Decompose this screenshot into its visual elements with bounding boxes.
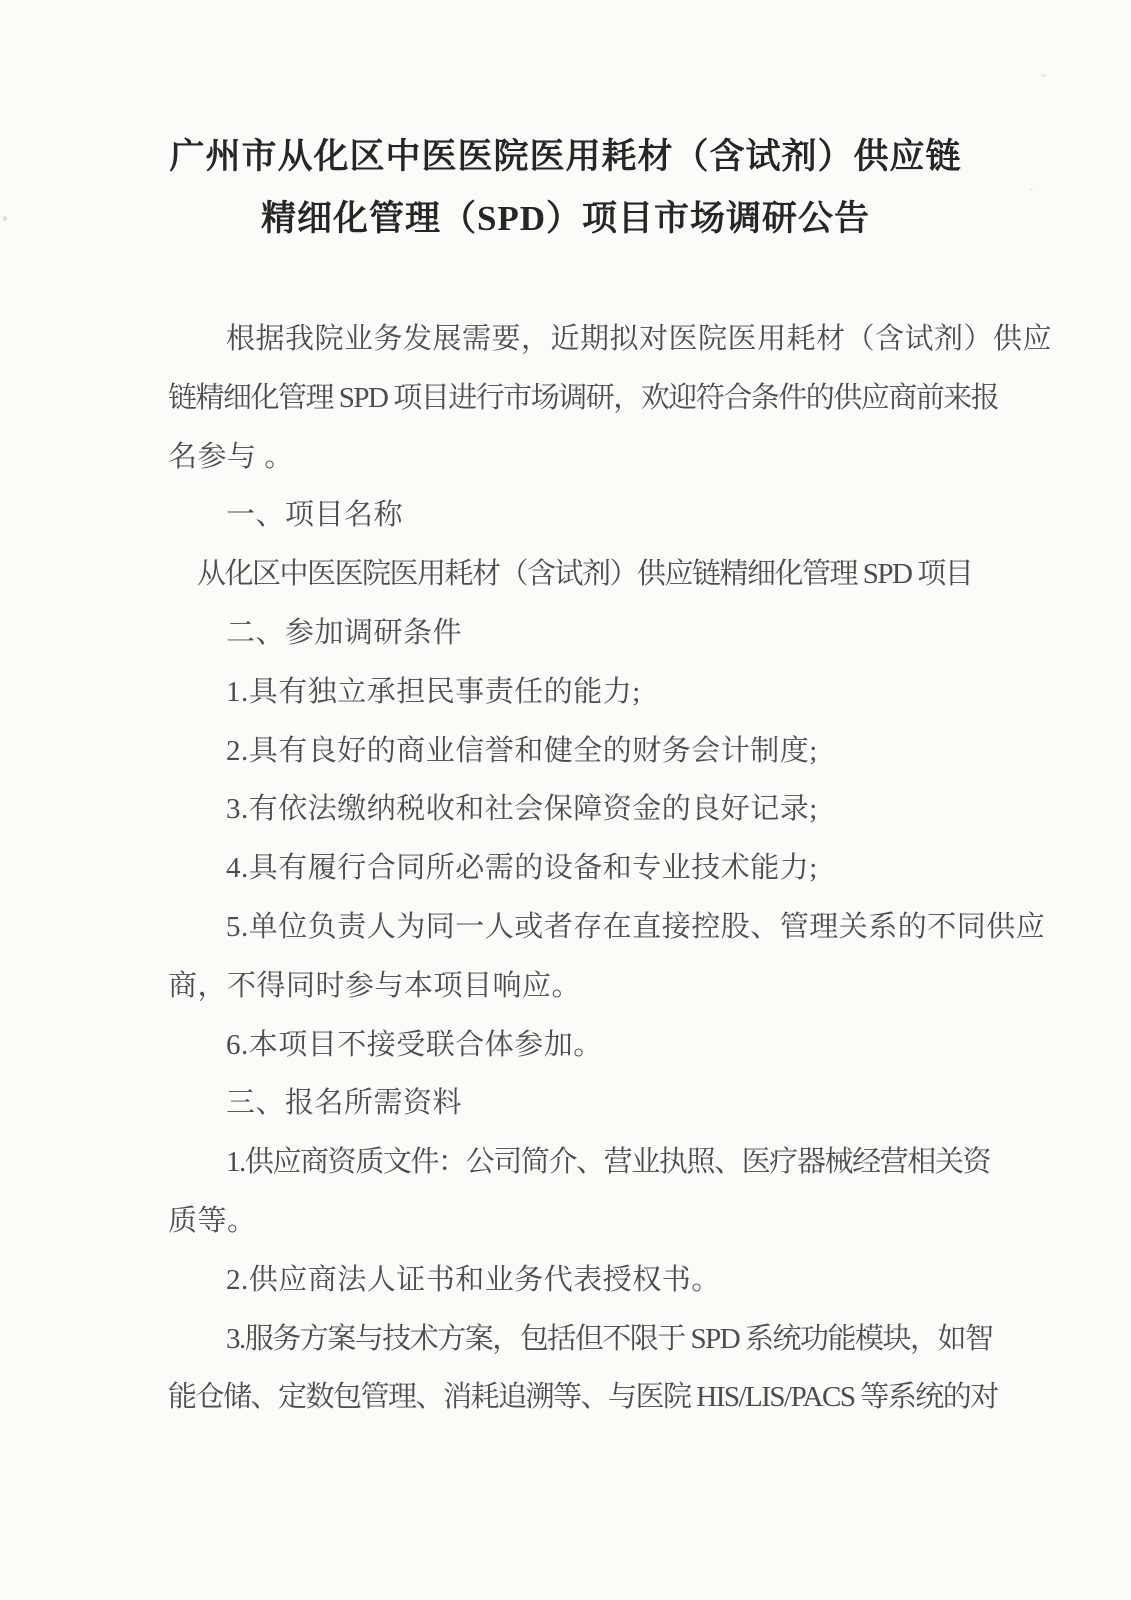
document-body: 根据我院业务发展需要，近期拟对医院医用耗材（含试剂）供应链精细化管理 SPD 项… [168, 310, 990, 1427]
document-line: 三、报名所需资料 [168, 1074, 990, 1133]
document-line: 能仓储、定数包管理、消耗追溯等、与医院 HIS/LIS/PACS 等系统的对 [168, 1368, 990, 1427]
document-line: 1.供应商资质文件：公司简介、营业执照、医疗器械经营相关资 [168, 1133, 990, 1192]
document-line: 二、参加调研条件 [168, 604, 990, 663]
document-title-line-1: 广州市从化区中医医院医用耗材（含试剂）供应链 [0, 126, 1131, 188]
document-line: 3.服务方案与技术方案，包括但不限于 SPD 系统功能模块，如智 [168, 1310, 990, 1369]
document-line: 根据我院业务发展需要，近期拟对医院医用耗材（含试剂）供应 [168, 310, 990, 369]
document-line: 2.供应商法人证书和业务代表授权书。 [168, 1251, 990, 1310]
scan-speck [1041, 74, 1046, 77]
document-line: 质等。 [168, 1192, 990, 1251]
document-line: 1.具有独立承担民事责任的能力; [168, 663, 990, 722]
document-title: 广州市从化区中医医院医用耗材（含试剂）供应链 精细化管理（SPD）项目市场调研公… [0, 0, 1131, 250]
scan-speck [3, 216, 7, 221]
document-line: 5.单位负责人为同一人或者存在直接控股、管理关系的不同供应 [168, 898, 990, 957]
document-line: 2.具有良好的商业信誉和健全的财务会计制度; [168, 722, 990, 781]
document-line: 4.具有履行合同所必需的设备和专业技术能力; [168, 839, 990, 898]
document-page: 广州市从化区中医医院医用耗材（含试剂）供应链 精细化管理（SPD）项目市场调研公… [0, 0, 1131, 1600]
document-title-line-2: 精细化管理（SPD）项目市场调研公告 [0, 188, 1131, 250]
document-line: 名参与 。 [168, 428, 990, 487]
document-line: 一、项目名称 [168, 486, 990, 545]
document-line: 从化区中医医院医用耗材（含试剂）供应链精细化管理 SPD 项目 [168, 545, 990, 604]
document-line: 6.本项目不接受联合体参加。 [168, 1016, 990, 1075]
document-line: 链精细化管理 SPD 项目进行市场调研，欢迎符合条件的供应商前来报 [168, 369, 990, 428]
scan-speck [1030, 188, 1033, 191]
document-line: 3.有依法缴纳税收和社会保障资金的良好记录; [168, 780, 990, 839]
document-line: 商，不得同时参与本项目响应。 [168, 957, 990, 1016]
